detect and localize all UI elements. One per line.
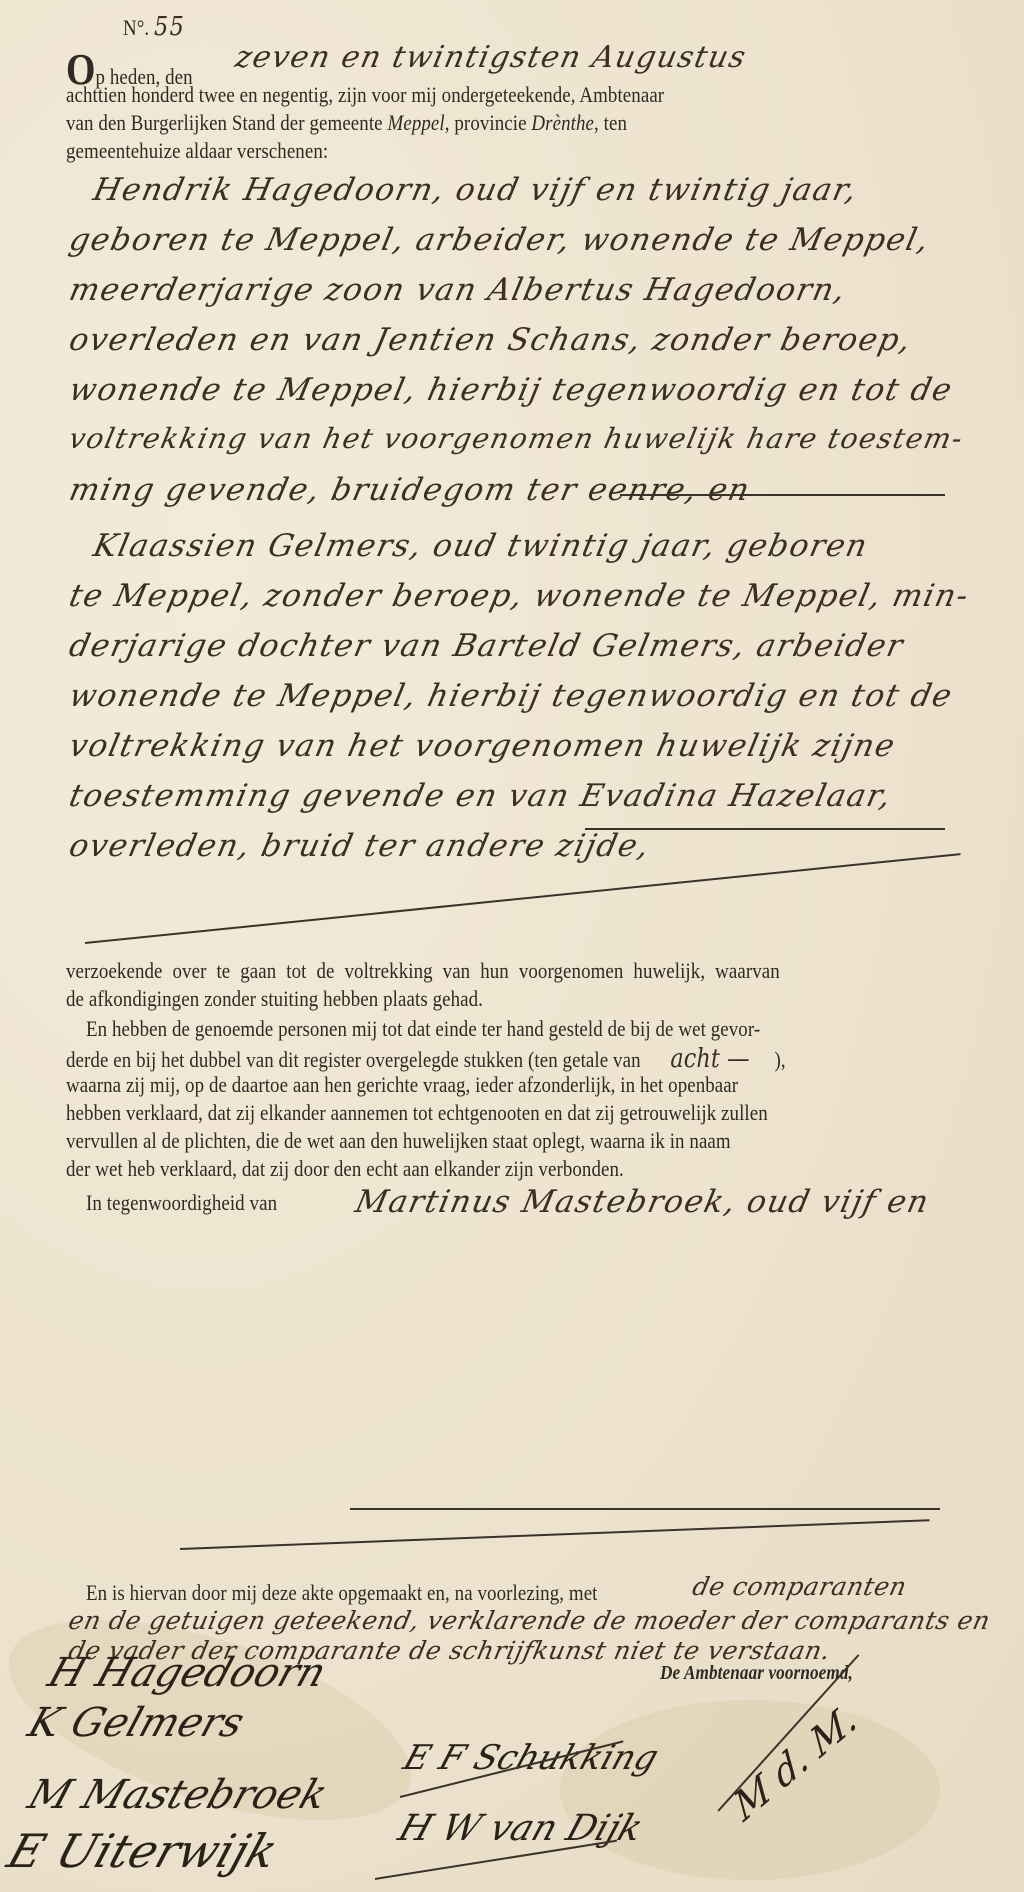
document-count-handwritten: acht — — [645, 1044, 774, 1074]
opening-line-2: achttien honderd twee en negentig, zijn … — [66, 82, 664, 108]
groom-line: wonende te Meppel, hierbij tegenwoordig … — [66, 372, 956, 408]
groom-line: geboren te Meppel, arbeider, wonende te … — [66, 222, 933, 258]
opening-line-3: van den Burgerlijken Stand der gemeente … — [66, 110, 627, 136]
fill-line — [585, 828, 945, 830]
official-label: De Ambtenaar voornoemd, — [660, 1662, 853, 1685]
body-line: vervullen al de plichten, die de wet aan… — [66, 1128, 731, 1154]
body-line: En hebben de genoemde personen mij tot d… — [86, 1016, 760, 1042]
witness-intro: In tegenwoordigheid van — [86, 1190, 277, 1216]
closing-handwritten: de comparanten — [690, 1572, 909, 1601]
fill-line — [620, 494, 945, 496]
signature-witness-1: M Mastebroek — [23, 1772, 333, 1818]
groom-line: Hendrik Hagedoorn, oud vijf en twintig j… — [90, 172, 861, 208]
bride-line: wonende te Meppel, hierbij tegenwoordig … — [66, 678, 956, 714]
record-number-value: 55 — [154, 12, 185, 42]
record-number-label: N°. — [123, 15, 149, 40]
signature-witness-3: E F Schukking — [399, 1738, 664, 1778]
groom-line: voltrekking van het voorgenomen huwelijk… — [66, 422, 967, 455]
body-line: verzoekende over te gaan tot de voltrekk… — [66, 958, 780, 984]
groom-line: ming gevende, bruidegom ter eenre, en — [66, 472, 754, 508]
civil-record-page: N°. 55 Op heden, den zeven en twintigste… — [0, 0, 1024, 1892]
fill-line — [350, 1508, 940, 1510]
bride-line: overleden, bruid ter andere zijde, — [66, 828, 653, 864]
body-line: waarna zij mij, op de daartoe aan hen ge… — [66, 1072, 738, 1098]
date-handwritten: zeven en twintigsten Augustus — [232, 40, 750, 75]
groom-line: meerderjarige zoon van Albertus Hagedoor… — [66, 272, 850, 308]
body-line: der wet heb verklaard, dat zij door den … — [66, 1156, 624, 1182]
body-line: hebben verklaard, dat zij elkander aanne… — [66, 1100, 768, 1126]
closing-printed: En is hiervan door mij deze akte opgemaa… — [86, 1580, 598, 1606]
signature-groom: H Hagedoorn — [43, 1650, 332, 1696]
diagonal-cancel-line — [180, 1519, 930, 1550]
record-number: N°. 55 — [123, 12, 185, 42]
text: , ten — [594, 110, 627, 135]
bride-line: voltrekking van het voorgenomen huwelijk… — [66, 728, 899, 764]
bride-line: te Meppel, zonder beroep, wonende te Mep… — [66, 578, 973, 614]
closing-handwritten: en de getuigen geteekend, verklarende de… — [66, 1606, 993, 1635]
groom-line: overleden en van Jentien Schans, zonder … — [66, 322, 915, 358]
signature-bride: K Gelmers — [23, 1700, 250, 1746]
body-line: derde en bij het dubbel van dit register… — [66, 1044, 786, 1074]
witness-line: Martinus Mastebroek, oud vijf en — [352, 1184, 933, 1220]
bride-line: derjarige dochter van Barteld Gelmers, a… — [66, 628, 907, 664]
opening-line-4: gemeentehuize aldaar verschenen: — [66, 138, 328, 164]
text: van den Burgerlijken Stand der gemeente — [66, 110, 383, 135]
text: ), — [774, 1047, 785, 1072]
body-line: de afkondigingen zonder stuiting hebben … — [66, 986, 483, 1012]
bride-line: toestemming gevende en van Evadina Hazel… — [66, 778, 895, 814]
diagonal-cancel-line — [85, 853, 961, 944]
province-name: Drènthe — [531, 110, 594, 135]
text: , provincie — [445, 110, 527, 135]
municipality-name: Meppel — [387, 110, 444, 135]
bride-line: Klaassien Gelmers, oud twintig jaar, geb… — [90, 528, 872, 564]
text: derde en bij het dubbel van dit register… — [66, 1047, 641, 1072]
signature-witness-2: E Uiterwijk — [1, 1824, 284, 1878]
